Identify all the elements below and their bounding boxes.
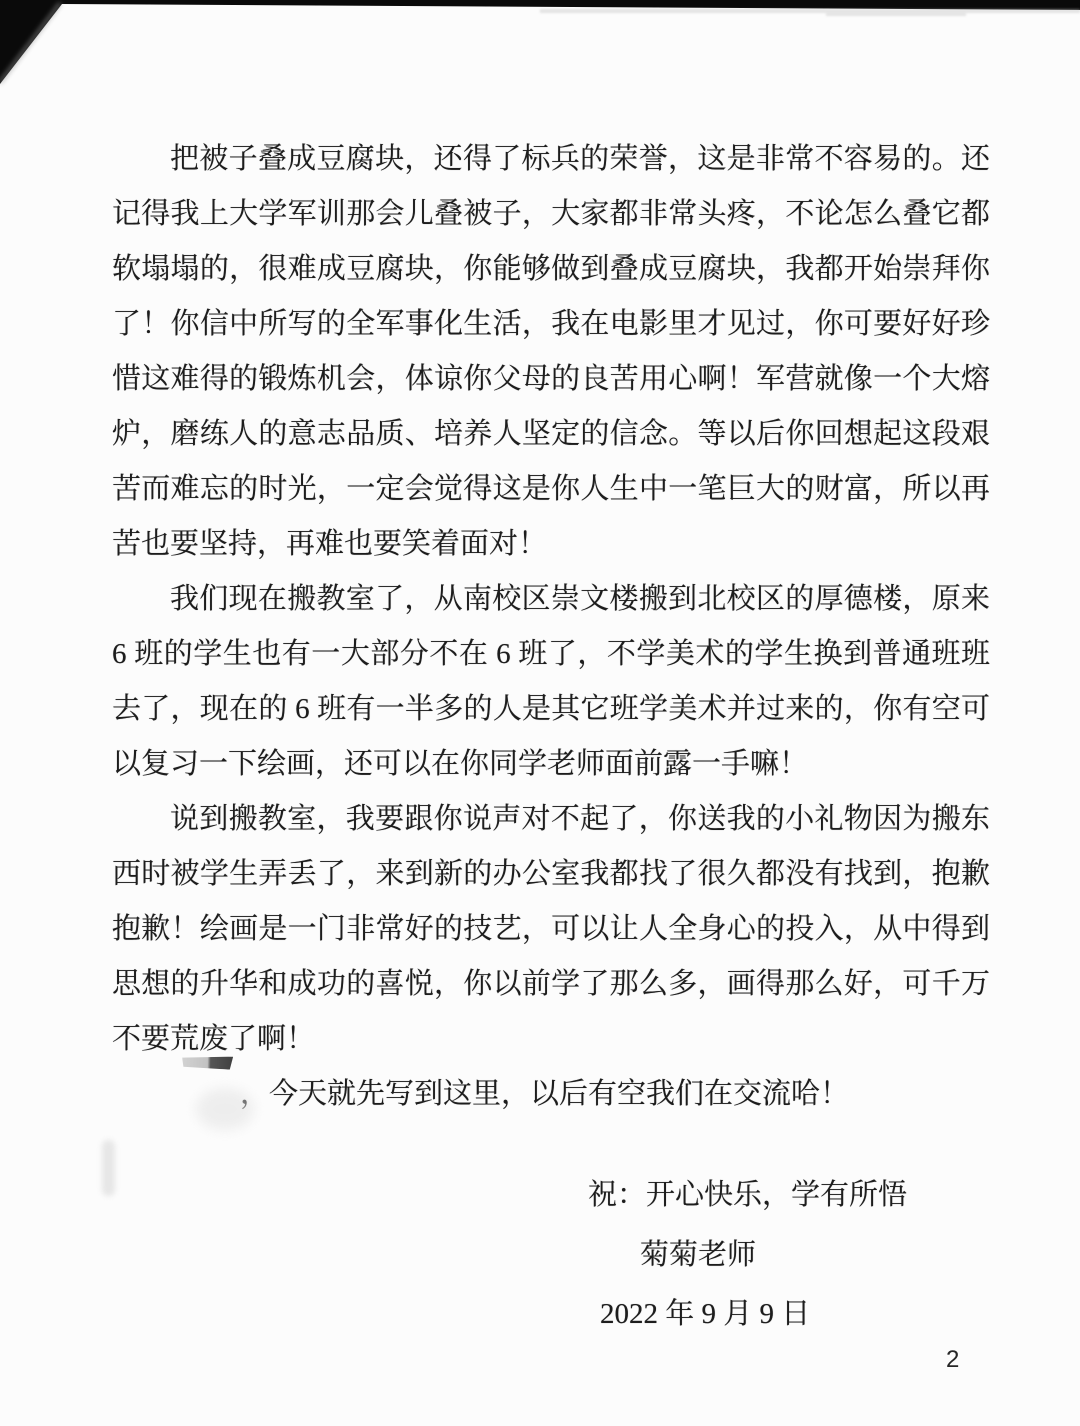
scanned-letter-page: 把被子叠成豆腐块，还得了标兵的荣誉，这是非常不容易的。还记得我上大学军训那会儿叠…: [0, 0, 1080, 1426]
letter-line: 炉，磨练人的意志品质、培养人坚定的信念。等以后你回想起这段艰: [112, 407, 990, 462]
letter-line: 以复习一下绘画，还可以在你同学老师面前露一手嘛！: [112, 737, 990, 792]
closing-date: 2022 年 9 月 9 日: [600, 1291, 810, 1332]
letter-body: 把被子叠成豆腐块，还得了标兵的荣誉，这是非常不容易的。还记得我上大学军训那会儿叠…: [112, 132, 990, 1122]
letter-line: 了！你信中所写的全军事化生活，我在电影里才见过，你可要好好珍: [112, 297, 990, 352]
letter-line: 说到搬教室，我要跟你说声对不起了，你送我的小礼物因为搬东: [112, 792, 990, 847]
page-number: 2: [946, 1346, 959, 1374]
letter-line: 把被子叠成豆腐块，还得了标兵的荣誉，这是非常不容易的。还: [112, 132, 990, 187]
faint-smear: [196, 1088, 254, 1130]
faint-margin-smear: [102, 1140, 115, 1196]
scan-streak: [826, 13, 966, 16]
letter-line: 不要荒废了啊！: [112, 1012, 990, 1067]
letter-line: 西时被学生弄丢了，来到新的办公室我都找了很久都没有找到，抱歉: [112, 847, 990, 902]
scan-streak: [540, 9, 1080, 13]
closing-wish: 祝：开心快乐，学有所悟: [588, 1172, 907, 1213]
letter-line: 软塌塌的，很难成豆腐块，你能够做到叠成豆腐块，我都开始崇拜你: [112, 242, 990, 297]
letter-line: 去了，现在的 6 班有一半多的人是其它班学美术并过来的，你有空可: [112, 682, 990, 737]
letter-line: 思想的升华和成功的喜悦，你以前学了那么多，画得那么好，可千万: [112, 957, 990, 1012]
letter-line: 我们现在搬教室了，从南校区崇文楼搬到北校区的厚德楼，原来: [112, 572, 990, 627]
closing-signature: 菊菊老师: [640, 1232, 756, 1273]
letter-line: 惜这难得的锻炼机会，体谅你父母的良苦用心啊！军营就像一个大熔: [112, 352, 990, 407]
letter-line: 记得我上大学军训那会儿叠被子，大家都非常头疼，不论怎么叠它都: [112, 187, 990, 242]
letter-line: 苦也要坚持，再难也要笑着面对！: [112, 517, 990, 572]
letter-line: 6 班的学生也有一大部分不在 6 班了，不学美术的学生换到普通班班: [112, 627, 990, 682]
letter-line: 抱歉！绘画是一门非常好的技艺，可以让人全身心的投入，从中得到: [112, 902, 990, 957]
letter-line: 苦而难忘的时光，一定会觉得这是你人生中一笔巨大的财富，所以再: [112, 462, 990, 517]
